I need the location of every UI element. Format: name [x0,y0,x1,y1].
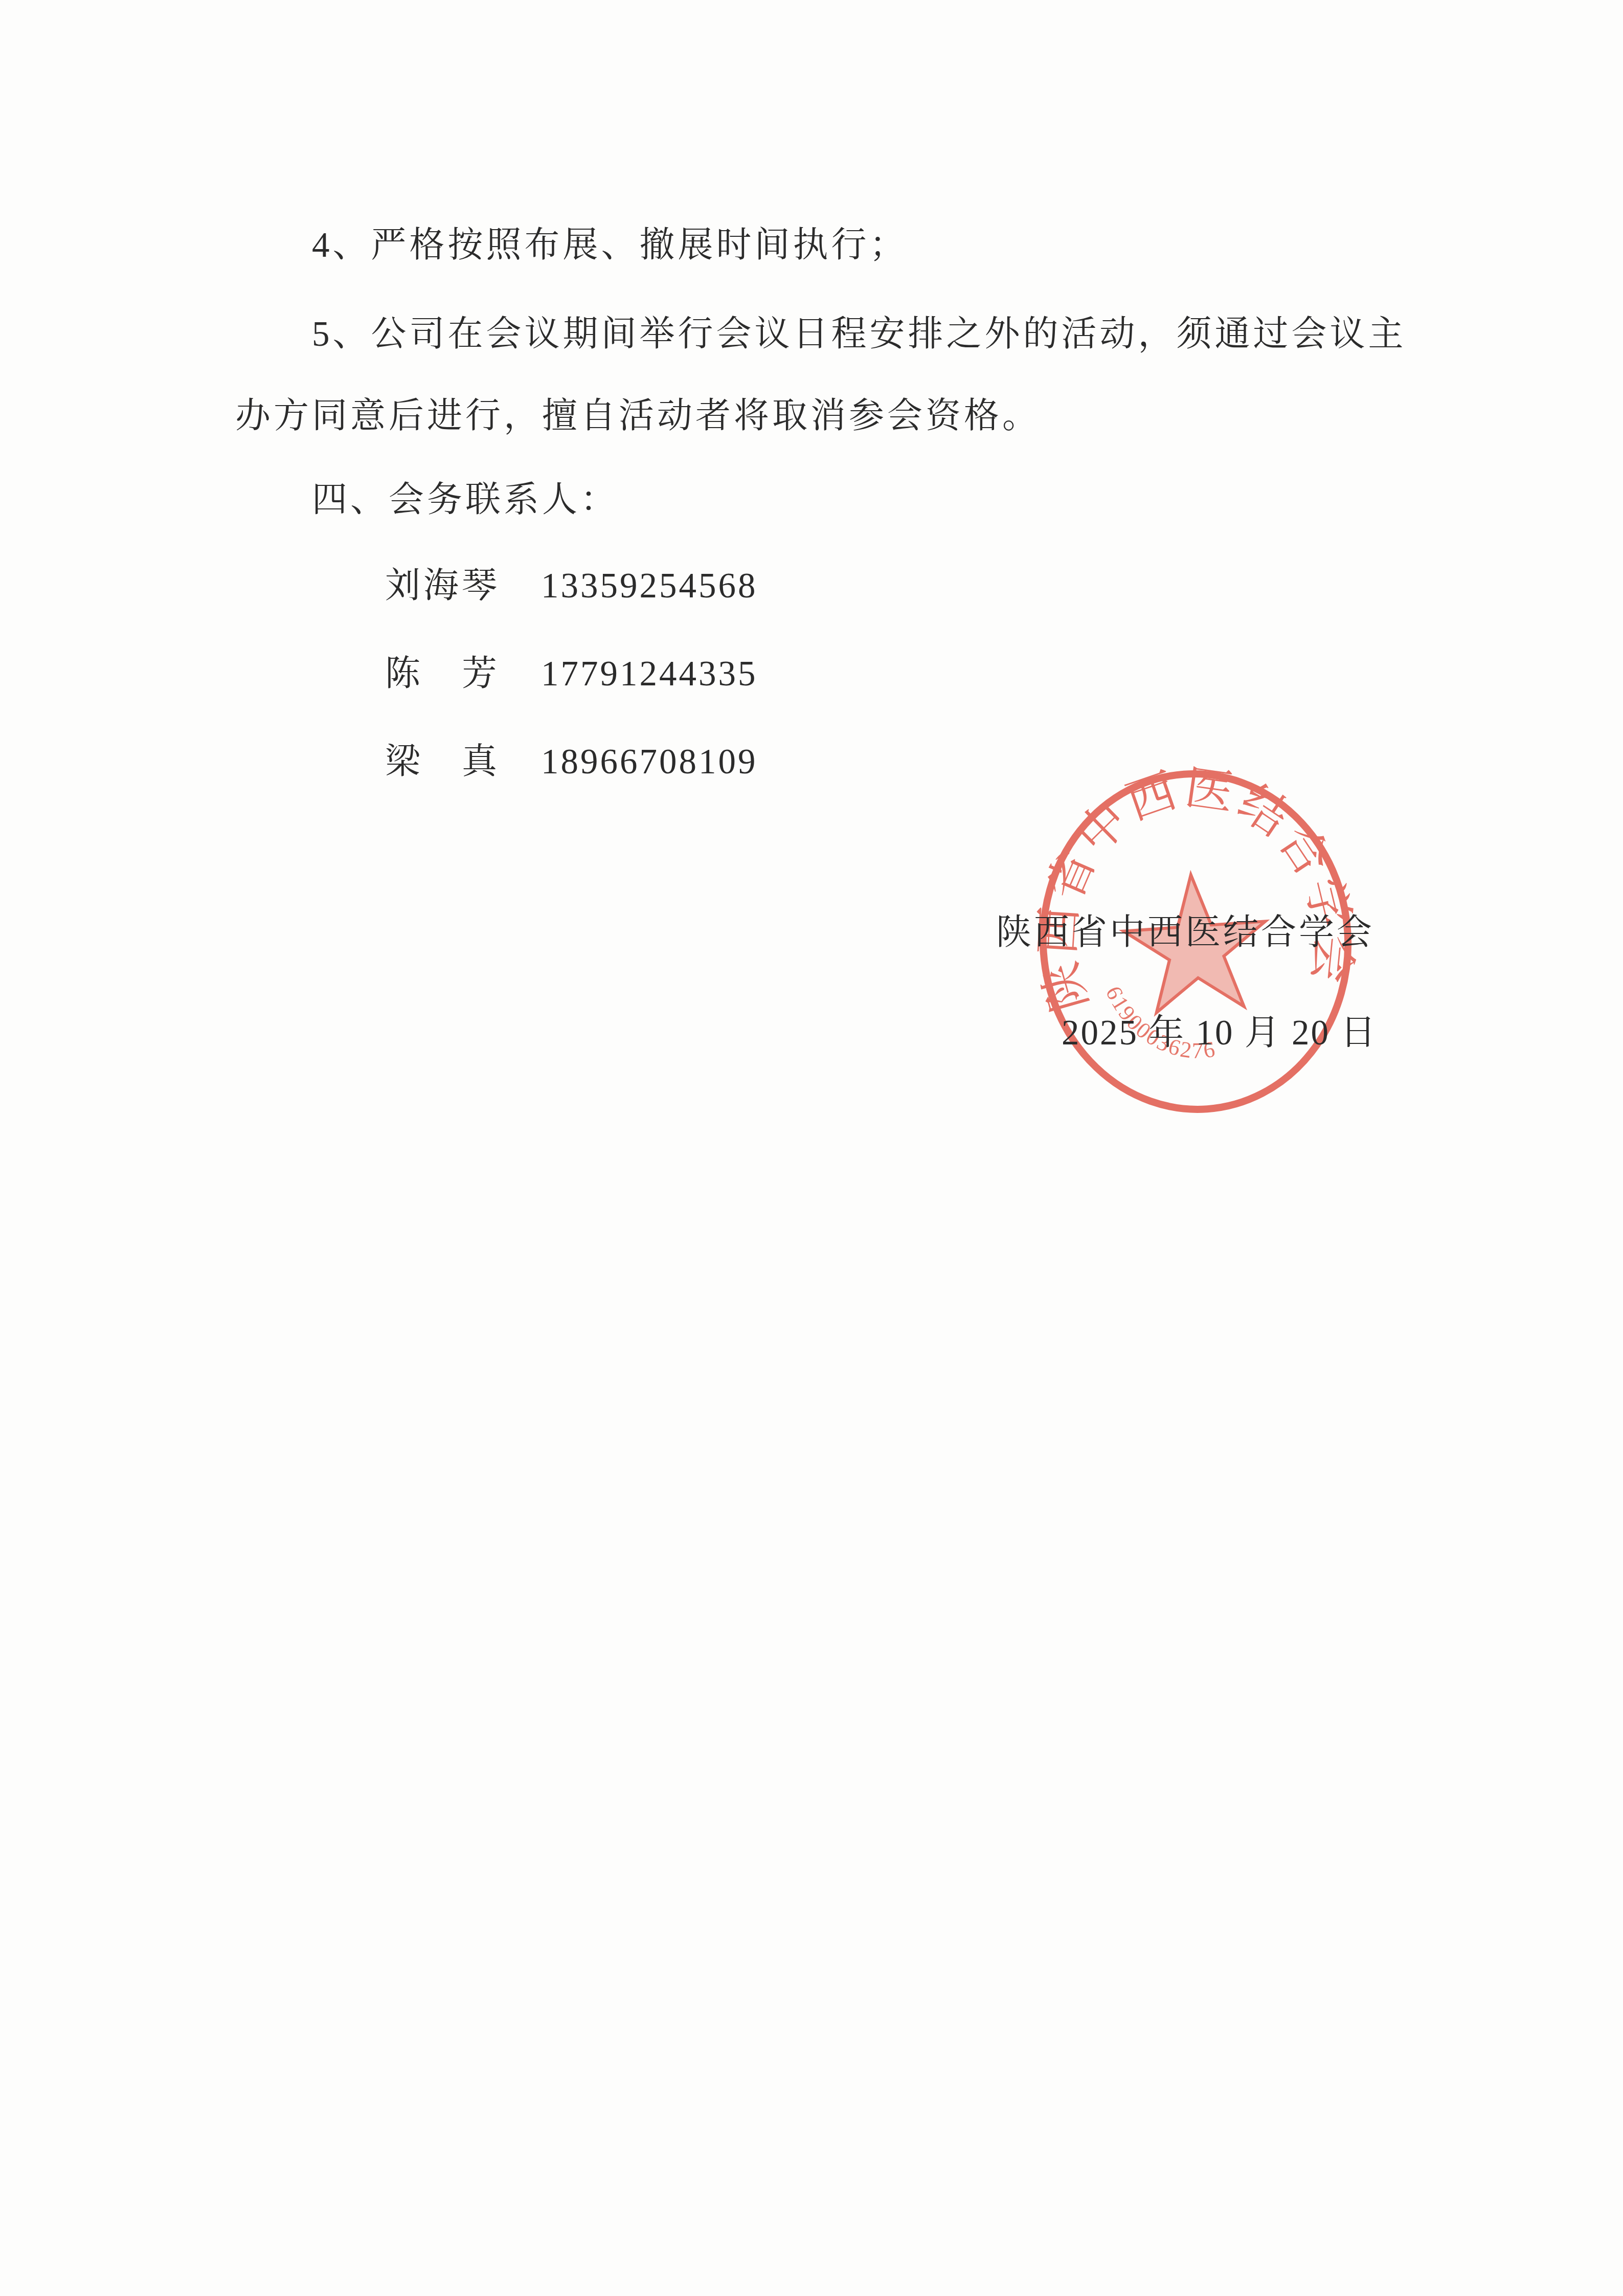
list-item-4: 4、严格按照布展、撤展时间执行； [312,224,908,266]
section-heading: 四、会务联系人： [312,479,619,521]
list-item-5-line2: 办方同意后进行，擅自活动者将取消参会资格。 [235,395,1041,437]
list-item-5-line1: 5、公司在会议期间举行会议日程安排之外的活动，须通过会议主 [312,313,1407,355]
signature-organization: 陕西省中西医结合学会 [996,911,1374,954]
contact-name: 梁 真 [385,742,500,781]
contact-phone: 17791244335 [541,654,758,693]
contact-row: 梁 真18966708109 [385,741,758,783]
document-page: 4、严格按照布展、撤展时间执行； 5、公司在会议期间举行会议日程安排之外的活动，… [0,0,1623,2296]
contact-name: 陈 芳 [385,654,500,693]
signature-date: 2025 年 10 月 20 日 [1062,1012,1377,1054]
contact-phone: 13359254568 [541,566,758,605]
contact-row: 刘海琴13359254568 [385,565,758,607]
contact-name: 刘海琴 [385,566,500,605]
contact-row: 陈 芳17791244335 [385,653,758,695]
contact-phone: 18966708109 [541,742,758,781]
